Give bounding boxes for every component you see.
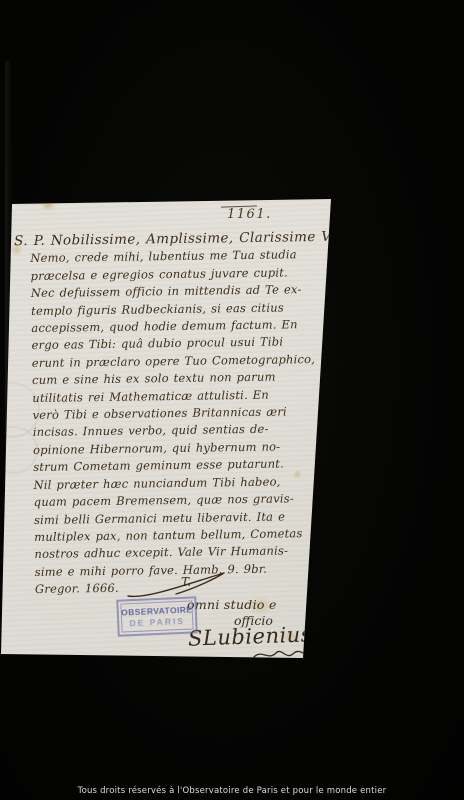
signature-manu-propria: mpria: [312, 631, 344, 644]
copyright-caption: Tous droits réservés à l'Observatoire de…: [0, 786, 464, 796]
letter-body: S. P. Nobilissime, Amplissime, Clarissim…: [30, 229, 317, 598]
paper-stain: [40, 200, 56, 211]
manuscript-paper: 1161. S. P. Nobilissime, Amplissime, Cla…: [0, 0, 464, 800]
archive-stamp: OBSERVATOIRE DE PARIS: [116, 596, 198, 636]
folio-number: 1161.: [227, 207, 272, 222]
photo-background: 1161. S. P. Nobilissime, Amplissime, Cla…: [0, 0, 464, 800]
stamp-text-de-paris: DE PARIS: [129, 616, 185, 628]
closing-paraph: T.: [181, 575, 191, 589]
closing-line-studio: omni studio e: [187, 597, 277, 612]
archive-stamp-inner-border: OBSERVATOIRE DE PARIS: [120, 600, 193, 632]
signature-swash-flourish: [252, 647, 310, 663]
